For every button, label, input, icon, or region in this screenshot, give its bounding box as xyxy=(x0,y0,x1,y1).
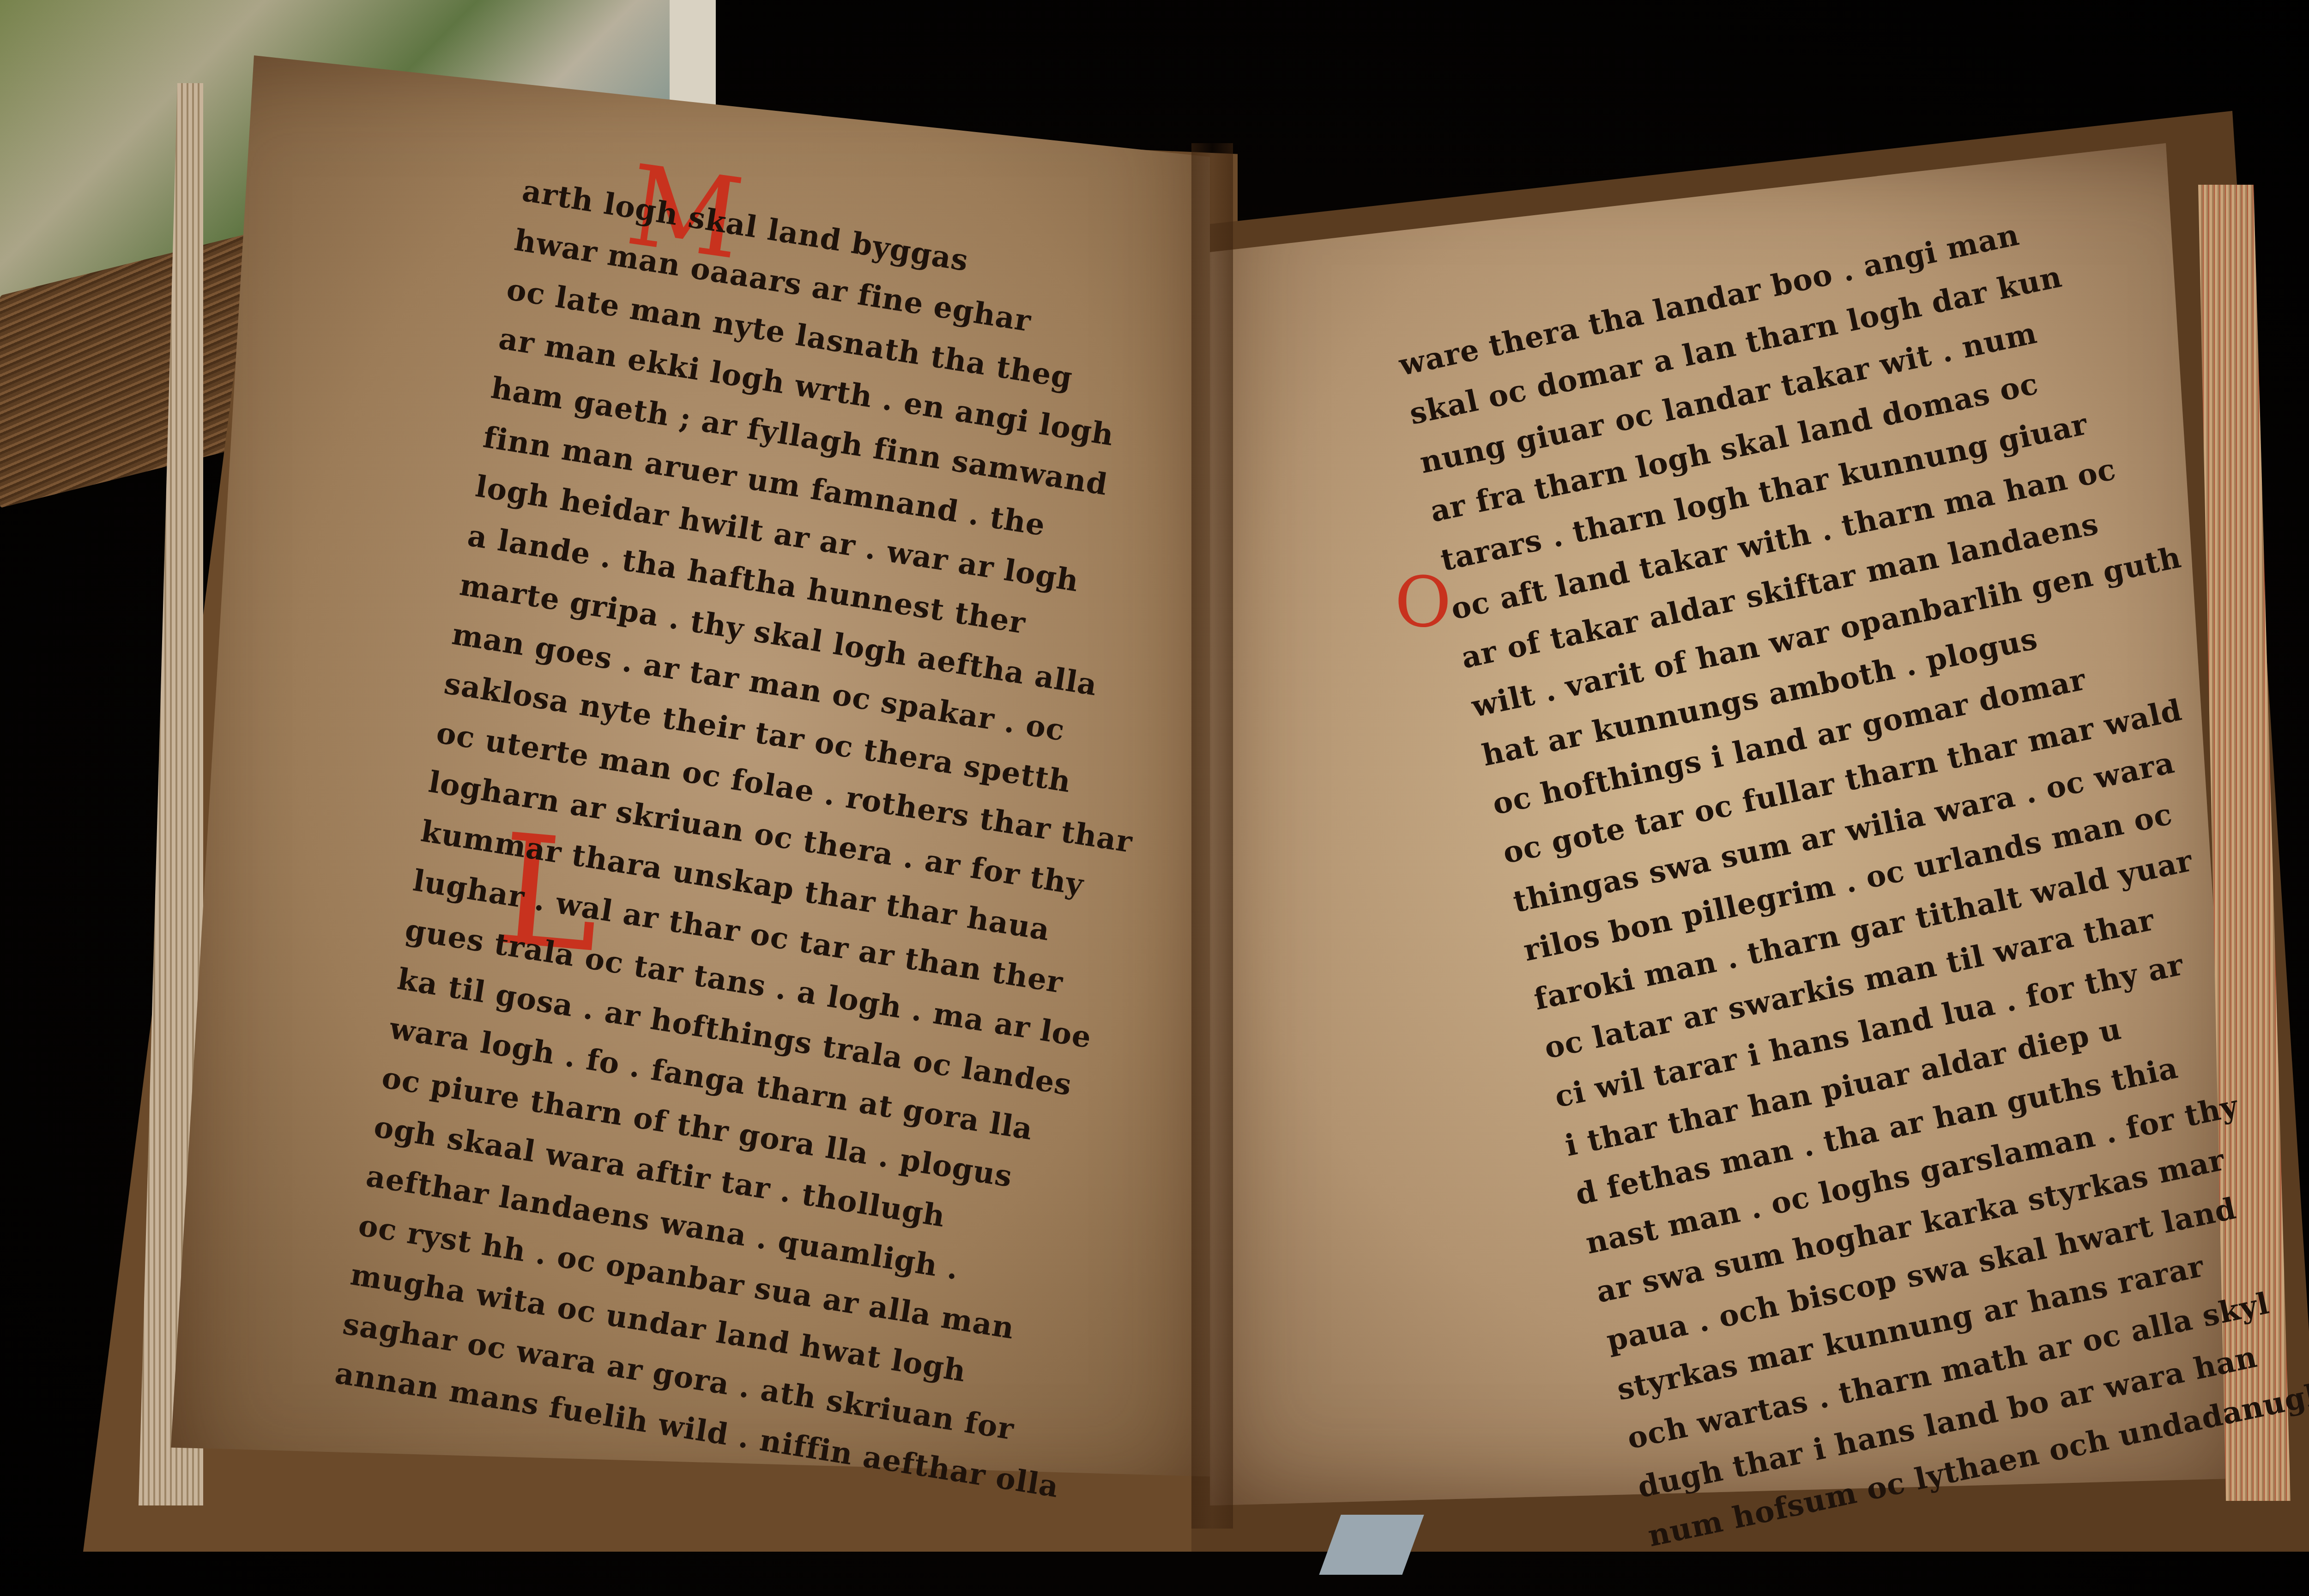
book-gutter xyxy=(1191,143,1233,1529)
museum-scene: M L O arth logh skal land byggas hwar ma… xyxy=(0,0,2309,1596)
red-initial-o: O xyxy=(1395,568,1451,637)
